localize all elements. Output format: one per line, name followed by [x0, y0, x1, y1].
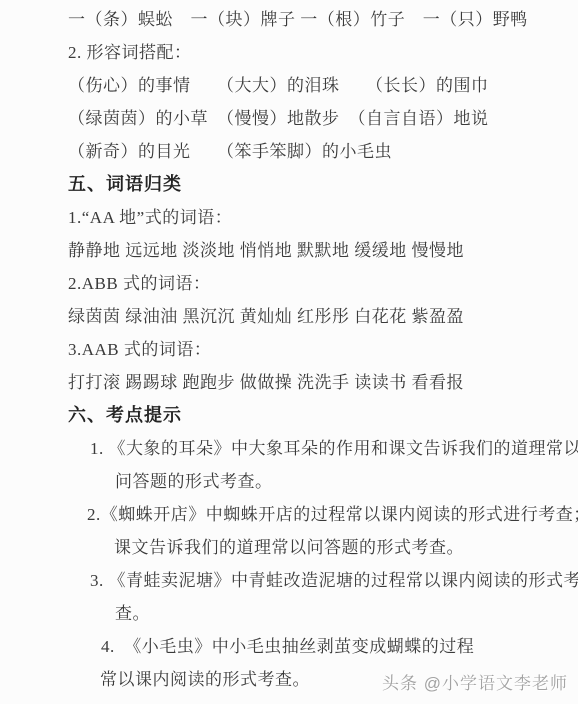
adjective-pairing-row: （伤心）的事情 （大大）的泪珠 （长长）的围巾 [0, 69, 578, 102]
exam-point-3-line-1: 3. 《青蛙卖泥塘》中青蛙改造泥塘的过程常以课内阅读的形式考 [0, 564, 578, 597]
document-page: 一（条）蜈蚣 一（块）牌子 一（根）竹子 一（只）野鸭 2. 形容词搭配： （伤… [0, 0, 578, 704]
toutiao-watermark: 头条 @小学语文李老师 [382, 667, 568, 700]
exam-point-1-line-2: 问答题的形式考查。 [0, 465, 578, 498]
exam-point-4-line-1: 4. 《小毛虫》中小毛虫抽丝剥茧变成蝴蝶的过程 [0, 630, 578, 663]
section-heading-exam-points: 六、考点提示 [0, 399, 578, 432]
exam-point-2-line-1: 2.《蜘蛛开店》中蜘蛛开店的过程常以课内阅读的形式进行考查； [0, 498, 578, 531]
measure-word-line: 一（条）蜈蚣 一（块）牌子 一（根）竹子 一（只）野鸭 [0, 3, 578, 36]
adjective-pairing-title: 2. 形容词搭配： [0, 36, 578, 69]
abb-pattern-title: 2.ABB 式的词语： [0, 267, 578, 300]
section-heading-word-classification: 五、词语归类 [0, 168, 578, 201]
exam-point-1-line-1: 1. 《大象的耳朵》中大象耳朵的作用和课文告诉我们的道理常以 [0, 432, 578, 465]
exam-point-2-line-2: 课文告诉我们的道理常以问答题的形式考查。 [0, 531, 578, 564]
aab-pattern-title: 3.AAB 式的词语： [0, 333, 578, 366]
exam-point-3-line-2: 查。 [0, 597, 578, 630]
adjective-pairing-row: （新奇）的目光 （笨手笨脚）的小毛虫 [0, 135, 578, 168]
adjective-pairing-row: （绿茵茵）的小草 （慢慢）地散步 （自言自语）地说 [0, 102, 578, 135]
aa-di-pattern-title: 1.“AA 地”式的词语： [0, 201, 578, 234]
aab-words-row: 打打滚 踢踢球 跑跑步 做做操 洗洗手 读读书 看看报 [0, 366, 578, 399]
abb-words-row: 绿茵茵 绿油油 黑沉沉 黄灿灿 红彤彤 白花花 紫盈盈 [0, 300, 578, 333]
aa-di-words-row: 静静地 远远地 淡淡地 悄悄地 默默地 缓缓地 慢慢地 [0, 234, 578, 267]
